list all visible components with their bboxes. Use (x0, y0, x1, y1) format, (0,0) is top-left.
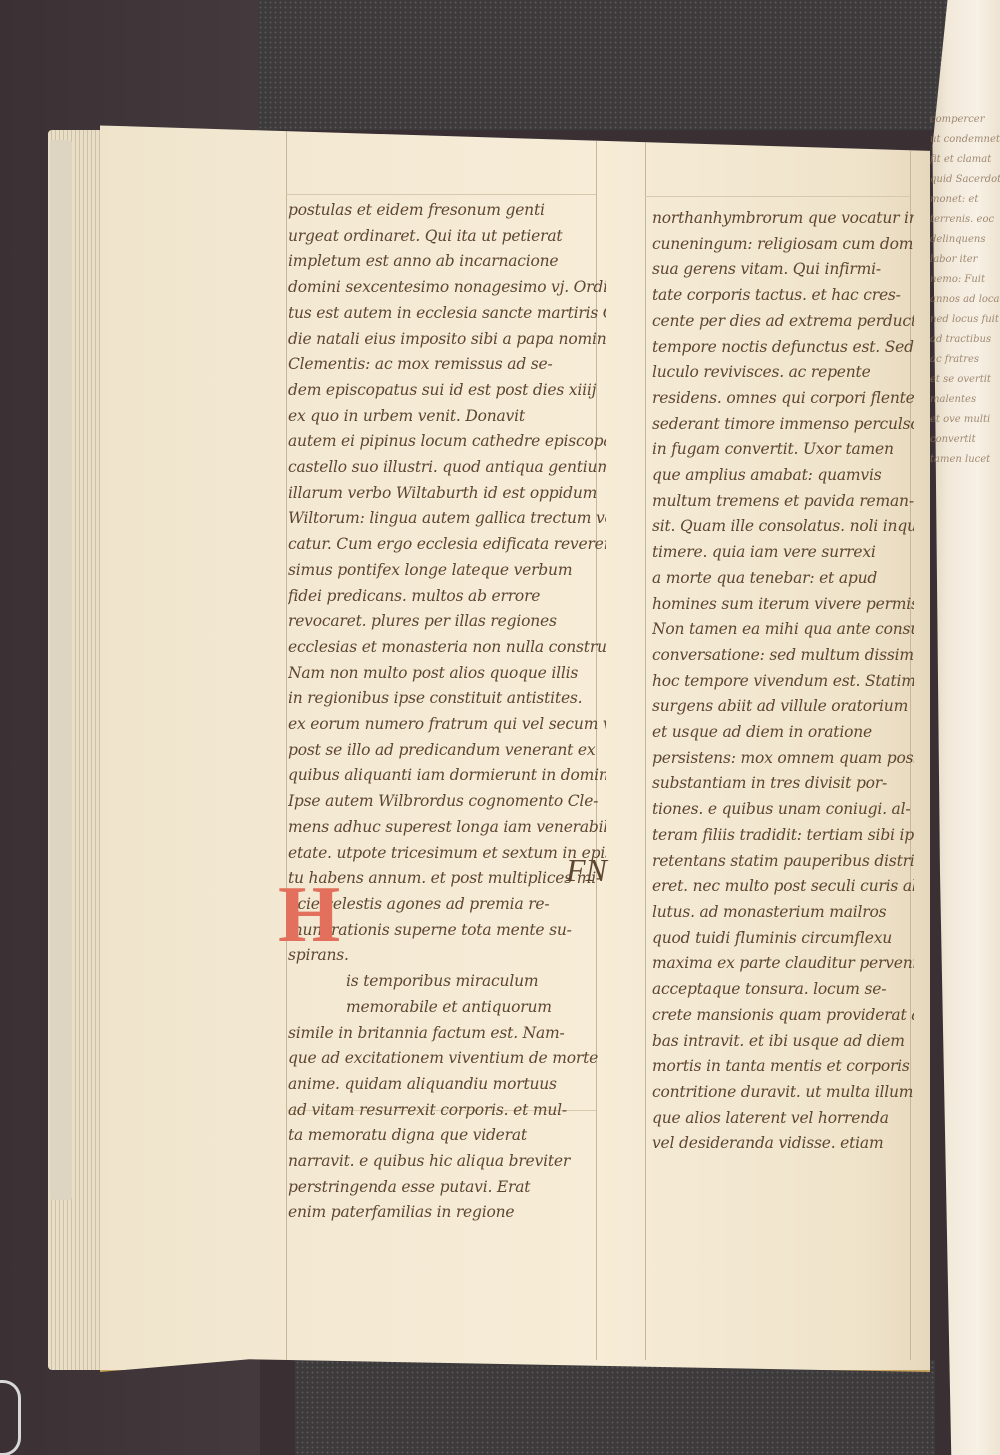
text-line: fit et clamat (930, 150, 1000, 170)
text-line: tamen lucet (930, 450, 1000, 470)
text-line: in fugam convertit. Uxor tamen (652, 437, 914, 463)
text-line: post se illo ad predicandum venerant ex (288, 738, 606, 764)
text-line: que amplius amabat: quamvis (652, 463, 914, 489)
text-line: ad vitam resurrexit corporis. et mul- (288, 1098, 606, 1124)
text-line: malentes (930, 390, 1000, 410)
text-line: conversatione: sed multum dissimili ex (652, 643, 914, 669)
text-line: Wiltorum: lingua autem gallica trectum v… (288, 506, 606, 532)
ruling-top-left (286, 194, 596, 195)
text-line: annos ad loca (930, 290, 1000, 310)
text-line: eret. nec multo post seculi curis abso- (652, 874, 914, 900)
text-column-right: northanhymbrorum que vocatur in cunening… (652, 206, 914, 1157)
text-line: et usque ad diem in oratione (652, 720, 914, 746)
marginal-mark: FN (566, 852, 607, 889)
text-line: Clementis: ac mox remissus ad se- (288, 352, 606, 378)
text-line: labor iter (930, 250, 1000, 270)
text-line: in regionibus ipse constituit antistites… (288, 686, 606, 712)
text-line: convertit (930, 430, 1000, 450)
text-line: homines sum iterum vivere permissus (652, 592, 914, 618)
text-line: tempore noctis defunctus est. Sed di- (652, 335, 914, 361)
text-line: is temporibus miraculum (288, 969, 606, 995)
text-line: teram filiis tradidit: tertiam sibi ipse (652, 823, 914, 849)
ruling-top-right (645, 196, 910, 197)
ruling-left-outer (286, 130, 287, 1360)
foam-support-top (258, 0, 1000, 130)
text-line: acceptaque tonsura. locum se- (652, 977, 914, 1003)
text-line: fidei predicans. multos ab errore (288, 584, 606, 610)
text-line: vel desideranda vidisse. etiam (652, 1131, 914, 1157)
text-line: ut condemnet (930, 130, 1000, 150)
text-line: monet: et (930, 190, 1000, 210)
text-line: luculo revivisces. ac repente (652, 360, 914, 386)
rubricated-initial: H (278, 880, 340, 950)
text-line: ecclesias et monasteria non nulla constr… (288, 635, 606, 661)
text-line: lutus. ad monasterium mailros (652, 900, 914, 926)
text-line: enim paterfamilias in regione (288, 1200, 606, 1226)
text-line: Ipse autem Wilbrordus cognomento Cle- (288, 789, 606, 815)
text-line: et se overtit (930, 370, 1000, 390)
text-line: a morte qua tenebar: et apud (652, 566, 914, 592)
text-line: surgens abiit ad villule oratorium (652, 694, 914, 720)
text-line: dem episcopatus sui id est post dies xii… (288, 378, 606, 404)
text-line: simile in britannia factum est. Nam- (288, 1021, 606, 1047)
text-line: postulas et eidem fresonum genti (288, 198, 606, 224)
text-line: catur. Cum ergo ecclesia edificata rever… (288, 532, 606, 558)
text-line: crete mansionis quam providerat ab- (652, 1003, 914, 1029)
text-line: retentans statim pauperibus distribu- (652, 849, 914, 875)
text-line: domini sexcentesimo nonagesimo vj. Ordin… (288, 275, 606, 301)
text-line: persistens: mox omnem quam possederat (652, 746, 914, 772)
text-line: narravit. e quibus hic aliqua breviter (288, 1149, 606, 1175)
binding-fragment (50, 140, 72, 1200)
text-line: ned locus fuit (930, 310, 1000, 330)
text-line: hoc tempore vivendum est. Statimque (652, 669, 914, 695)
text-line: anime. quidam aliquandiu mortuus (288, 1072, 606, 1098)
ruling-right-outer (645, 130, 646, 1360)
text-line: bas intravit. et ibi usque ad diem (652, 1029, 914, 1055)
text-line: Nam non multo post alios quoque illis (288, 661, 606, 687)
text-line: ex quo in urbem venit. Donavit (288, 404, 606, 430)
text-line: et ove multi (930, 410, 1000, 430)
text-line: mortis in tanta mentis et corporis (652, 1054, 914, 1080)
text-line: sua gerens vitam. Qui infirmi- (652, 257, 914, 283)
text-line: sederant timore immenso perculsos (652, 412, 914, 438)
text-line: que alios laterent vel horrenda (652, 1106, 914, 1132)
text-line: ad tractibus (930, 330, 1000, 350)
text-line: tus est autem in ecclesia sancte martiri… (288, 301, 606, 327)
text-line: northanhymbrorum que vocatur in (652, 206, 914, 232)
text-line: terrenis. eoc (930, 210, 1000, 230)
text-line: autem ei pipinus locum cathedre episcopa… (288, 429, 606, 455)
text-line: die natali eius imposito sibi a papa nom… (288, 327, 606, 353)
text-line: delinquens (930, 230, 1000, 250)
text-line: illarum verbo Wiltaburth id est oppidum (288, 481, 606, 507)
page-clip (0, 1380, 21, 1455)
text-line: ac fratres (930, 350, 1000, 370)
text-line: multum tremens et pavida reman- (652, 489, 914, 515)
text-line: timere. quia iam vere surrexi (652, 540, 914, 566)
text-line: ta memoratu digna que viderat (288, 1123, 606, 1149)
text-line: nemo: Fuit (930, 270, 1000, 290)
text-line: quibus aliquanti iam dormierunt in domin… (288, 763, 606, 789)
text-line: urgeat ordinaret. Qui ita ut petierat (288, 224, 606, 250)
text-line: cente per dies ad extrema perductus. pri… (652, 309, 914, 335)
text-line: tate corporis tactus. et hac cres- (652, 283, 914, 309)
text-line: memorabile et antiquorum (288, 995, 606, 1021)
text-line: cuneningum: religiosam cum domo (652, 232, 914, 258)
text-line: que ad excitationem viventium de morte (288, 1046, 606, 1072)
foam-support-bottom (295, 1360, 935, 1455)
text-line: castello suo illustri. quod antiqua gent… (288, 455, 606, 481)
facing-page-text: compercer ut condemnet fit et clamat qui… (930, 110, 1000, 470)
text-line: ex eorum numero fratrum qui vel secum ve… (288, 712, 606, 738)
text-line: contritione duravit. ut multa illum (652, 1080, 914, 1106)
text-line: etate. utpote tricesimum et sextum in ep… (288, 841, 606, 867)
text-line: perstringenda esse putavi. Erat (288, 1175, 606, 1201)
text-line: maxima ex parte clauditur pervenit. (652, 951, 914, 977)
text-line: Non tamen ea mihi qua ante consuerat (652, 617, 914, 643)
text-line: mens adhuc superest longa iam venerabili… (288, 815, 606, 841)
text-line: residens. omnes qui corpori flentes as- (652, 386, 914, 412)
text-line: quod tuidi fluminis circumflexu (652, 926, 914, 952)
text-line: substantiam in tres divisit por- (652, 771, 914, 797)
text-line: compercer (930, 110, 1000, 130)
text-line: tiones. e quibus unam coniugi. al- (652, 797, 914, 823)
text-column-left: postulas et eidem fresonum genti urgeat … (288, 198, 606, 1226)
text-line: simus pontifex longe lateque verbum (288, 558, 606, 584)
text-line: quid Sacerdot (930, 170, 1000, 190)
text-line: revocaret. plures per illas regiones (288, 609, 606, 635)
text-line: impletum est anno ab incarnacione (288, 249, 606, 275)
text-line: sit. Quam ille consolatus. noli inquit (652, 514, 914, 540)
